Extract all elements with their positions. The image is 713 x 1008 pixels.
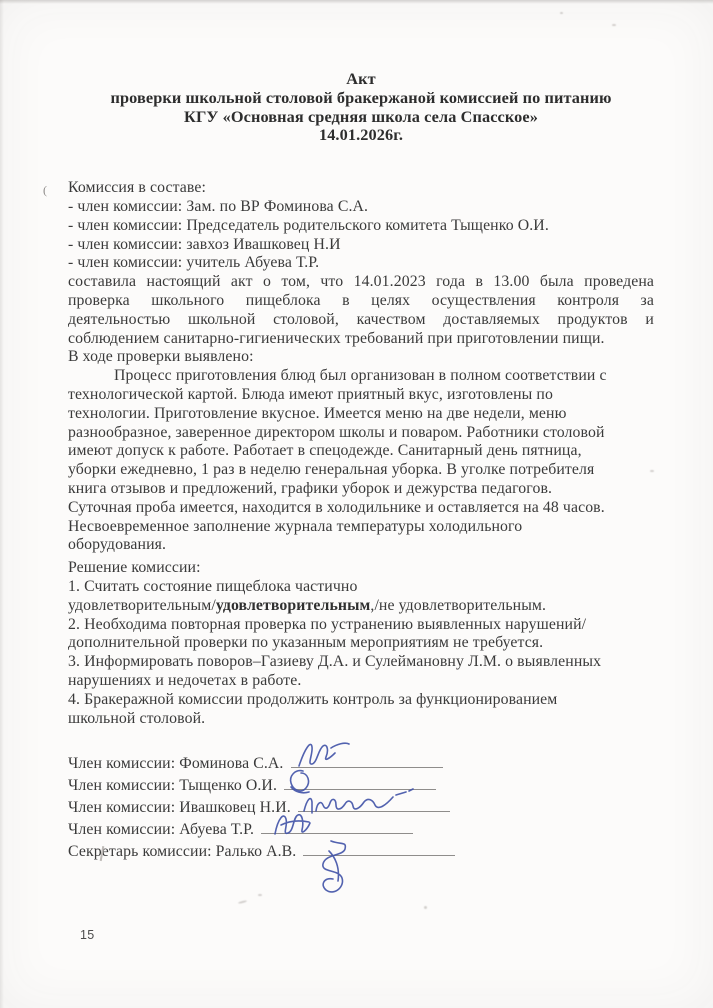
decision-item-3-line-1: 3. Информировать поворов–Газиеву Д.А. и … xyxy=(68,653,654,672)
act-statement-paragraph: составила настоящий акт о том, что 14.01… xyxy=(68,273,654,348)
decision-heading: Решение комиссии: xyxy=(68,559,654,578)
commission-member: - член комиссии: Председатель родительск… xyxy=(68,217,654,236)
signature-row-fominova: Член комиссии: Фоминова С.А. xyxy=(68,752,654,774)
paragraph-line: составила настоящий акт о том, что 14.01… xyxy=(68,273,654,292)
scan-speck xyxy=(238,900,247,904)
decision-item-2-line-1: 2. Необходима повторная проверка по устр… xyxy=(68,616,654,635)
title-line-subject: проверки школьной столовой бракержаной к… xyxy=(68,89,654,108)
commission-heading-row: ( Комиссия в составе: xyxy=(68,179,654,198)
decision-item-4-line-2: школьной столовой. xyxy=(68,710,654,729)
scan-speck xyxy=(650,470,654,472)
findings-line: технологии. Приготовление вкусное. Имеет… xyxy=(68,405,654,424)
signature-block: Член комиссии: Фоминова С.А. Член комисс… xyxy=(68,752,654,862)
scanned-document-page: Акт проверки школьной столовой бракержан… xyxy=(0,0,713,1008)
commission-heading: Комиссия в составе: xyxy=(68,179,206,196)
decision-text-bold: удовлетворительным xyxy=(216,597,371,614)
signature-row-ralko: Секретарь комиссии: Ралько А.В. xyxy=(68,840,654,862)
commission-member: - член комиссии: завхоз Ивашковец Н.И xyxy=(68,236,654,255)
paragraph-line: деятельностью школьной столовой, качеств… xyxy=(68,311,654,330)
handwritten-signature-fominova xyxy=(295,738,351,772)
commission-block: ( Комиссия в составе: - член комиссии: З… xyxy=(68,179,654,273)
title-line-act: Акт xyxy=(68,70,654,89)
scan-paren-artifact: ( xyxy=(43,181,47,200)
title-line-school: КГУ «Основная средняя школа села Спасско… xyxy=(68,108,654,127)
commission-member: - член комиссии: Зам. по ВР Фоминова С.А… xyxy=(68,198,654,217)
scan-speck xyxy=(560,12,563,14)
findings-line: уборки ежедневно, 1 раз в неделю генерал… xyxy=(68,461,654,480)
decision-item-2-line-2: дополнительной проверки по указанным мер… xyxy=(68,634,654,653)
findings-line: разнообразное, заверенное директором шко… xyxy=(68,424,654,443)
signature-label: Член комиссии: Ивашковец Н.И. xyxy=(68,799,291,816)
signature-line xyxy=(261,818,413,834)
signature-line xyxy=(291,752,443,768)
findings-line: Суточная проба имеется, находится в холо… xyxy=(68,499,654,518)
signature-line xyxy=(284,774,436,790)
page-number: 15 xyxy=(80,926,95,945)
scan-speck xyxy=(258,894,262,896)
commission-member: - член комиссии: учитель Абуева Т.Р. xyxy=(68,254,654,273)
findings-line: Процесс приготовления блюд был организов… xyxy=(68,367,654,386)
paragraph-line: соблюдением санитарно-гигиенических треб… xyxy=(68,330,654,349)
paragraph-line: проверка школьного пищеблока в целях осу… xyxy=(68,292,654,311)
findings-heading: В ходе проверки выявлено: xyxy=(68,348,654,367)
signature-row-tyshchenko: Член комиссии: Тыщенко О.И. xyxy=(68,774,654,796)
findings-line: имеют допуск к работе. Работает в спецод… xyxy=(68,442,654,461)
findings-line: оборудования. xyxy=(68,536,654,555)
signature-row-abueva: Член комиссии: Абуева Т.Р. xyxy=(68,818,654,840)
signature-line xyxy=(298,796,450,812)
findings-block: В ходе проверки выявлено: Процесс пригот… xyxy=(68,348,654,555)
signature-label: Член комиссии: Абуева Т.Р. xyxy=(68,821,254,838)
decision-item-3-line-2: нарушениях и недочетах в работе. xyxy=(68,672,654,691)
findings-line: Несвоевременное заполнение журнала темпе… xyxy=(68,518,654,537)
decision-block: Решение комиссии: 1. Считать состояние п… xyxy=(68,559,654,728)
document-title: Акт проверки школьной столовой бракержан… xyxy=(68,70,654,145)
findings-line: книга отзывов и предложений, графики убо… xyxy=(68,480,654,499)
scan-speck xyxy=(612,24,616,26)
handwritten-signature-ralko xyxy=(307,837,357,901)
findings-line: технологической картой. Блюда имеют прия… xyxy=(68,386,654,405)
signature-label: Член комиссии: Фоминова С.А. xyxy=(68,755,284,772)
scan-speck xyxy=(424,906,427,909)
decision-item-1-line-2: удовлетворительным/удовлетворительным,/н… xyxy=(68,597,654,616)
decision-item-4-line-1: 4. Бракеражной комиссии продолжить контр… xyxy=(68,691,654,710)
title-line-date: 14.01.2026г. xyxy=(68,126,654,145)
signature-line xyxy=(303,840,455,856)
decision-text-normal: ,/не удовлетворительным. xyxy=(370,597,546,614)
document-content: Акт проверки школьной столовой бракержан… xyxy=(68,70,654,862)
decision-text-normal: удовлетворительным/ xyxy=(68,597,216,614)
decision-item-1-line-1: 1. Считать состояние пищеблока частично xyxy=(68,578,654,597)
signature-row-ivashkovets: Член комиссии: Ивашковец Н.И. xyxy=(68,796,654,818)
signature-label: Член комиссии: Тыщенко О.И. xyxy=(68,777,277,794)
